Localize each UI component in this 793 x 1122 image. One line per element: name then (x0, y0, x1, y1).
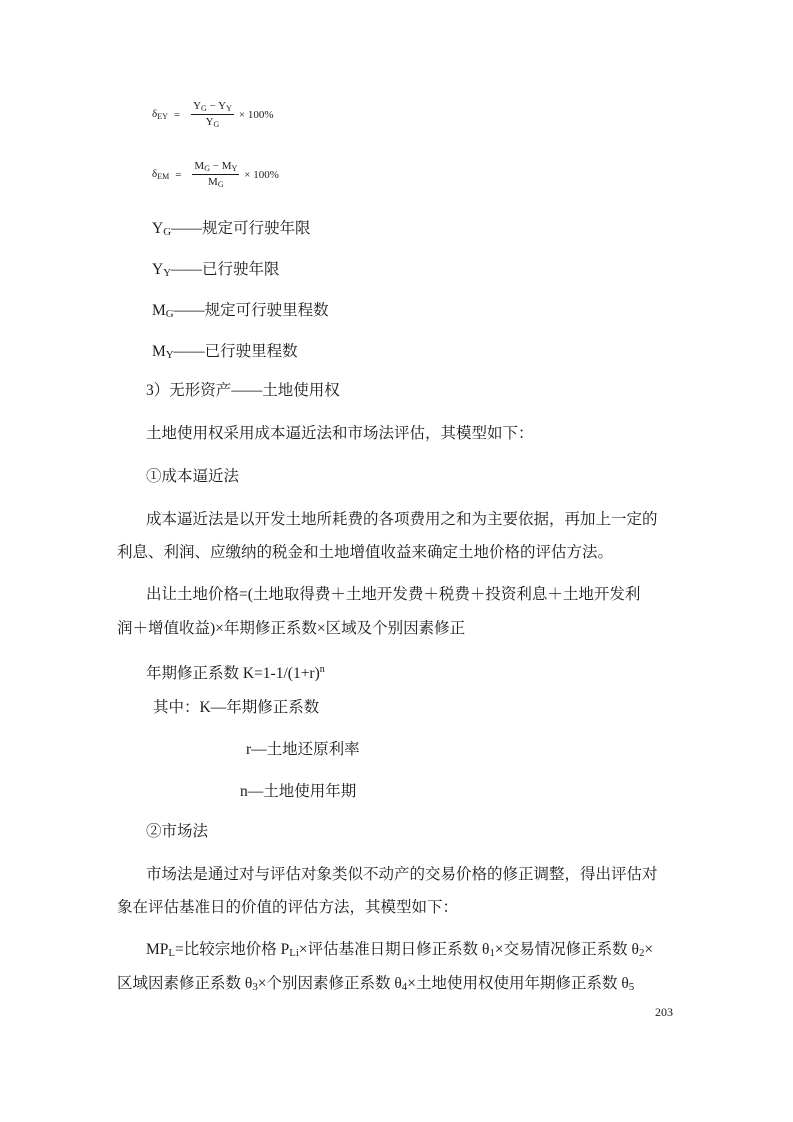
method2-desc-line1: 市场法是通过对与评估对象类似不动产的交易价格的修正调整，得出评估对 (146, 865, 658, 885)
fraction: MG − MY MG (192, 160, 239, 189)
method2-title: ②市场法 (146, 822, 208, 842)
method1-title: ①成本逼近法 (146, 467, 239, 487)
formula-lhs: δEY (152, 108, 168, 121)
r-definition: r—土地还原利率 (246, 740, 360, 760)
formula-lhs: δEM (152, 168, 169, 181)
formula-delta-ey: δEY = YG − YY YG × 100% (152, 100, 273, 129)
section-heading: 3）无形资产——土地使用权 (146, 381, 340, 401)
market-model-line2: 区域因素修正系数 θ3×个别因素修正系数 θ4×土地使用权使用年期修正系数 θ5 (117, 974, 634, 997)
fraction: YG − YY YG (191, 100, 234, 129)
method1-formula-line2: 润＋增值收益)×年期修正系数×区域及个别因素修正 (117, 619, 465, 639)
method2-desc-line2: 象在评估基准日的价值的评估方法，其模型如下： (117, 898, 458, 918)
method1-desc-line1: 成本逼近法是以开发土地所耗费的各项费用之和为主要依据，再加上一定的 (146, 510, 658, 530)
k-formula: 年期修正系数 K=1-1/(1+r)n (146, 660, 325, 684)
market-model-line1: MPL=比较宗地价格 PLi×评估基准日期日修正系数 θ1×交易情况修正系数 θ… (146, 940, 653, 963)
n-definition: n—土地使用年期 (240, 782, 356, 802)
definition-yg: YG——规定可行驶年限 (152, 219, 311, 242)
method1-desc-line2: 利息、利润、应缴纳的税金和土地增值收益来确定土地价格的评估方法。 (117, 543, 613, 563)
intro-paragraph: 土地使用权采用成本逼近法和市场法评估，其模型如下： (146, 424, 534, 444)
definition-yy: YY——已行驶年限 (152, 260, 280, 283)
method1-formula-line1: 出让土地价格=(土地取得费＋土地开发费＋税费＋投资利息＋土地开发利 (146, 585, 640, 605)
where-k-definition: 其中：K—年期修正系数 (153, 698, 319, 718)
page-number: 203 (655, 1005, 673, 1020)
definition-my: MY——已行驶里程数 (152, 342, 298, 365)
definition-mg: MG——规定可行驶里程数 (152, 301, 329, 324)
formula-delta-em: δEM = MG − MY MG × 100% (152, 160, 279, 189)
